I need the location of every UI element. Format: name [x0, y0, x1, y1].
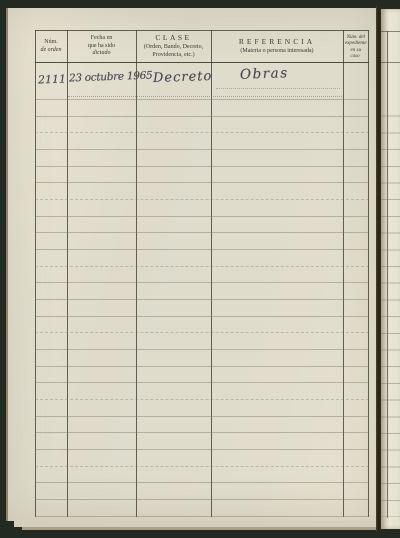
- table-row: [35, 233, 369, 250]
- header-clase: CLASE (Orden, Bando, Decreto, Providenci…: [136, 31, 211, 62]
- table-row: [35, 433, 369, 450]
- table-row: [35, 250, 369, 267]
- header-expediente: Núm. del expediente en su caso: [343, 31, 368, 62]
- header-line: dictado: [93, 50, 111, 58]
- entry-referencia: Obras: [240, 65, 289, 83]
- header-line: Núm. del: [346, 34, 364, 40]
- table-row: [35, 200, 369, 217]
- table-row: [35, 417, 369, 434]
- table-row: [35, 150, 369, 167]
- table-row: [35, 217, 369, 234]
- table-row: [35, 450, 369, 467]
- ruled-rows: [35, 99, 369, 517]
- entry-clase: Decreto: [153, 69, 213, 86]
- table-row: [35, 367, 369, 384]
- next-page-header-line: [381, 62, 400, 63]
- header-line: caso: [351, 53, 360, 59]
- table-row: [35, 500, 369, 517]
- entry-num-orden: 2111: [38, 73, 66, 87]
- header-line: expediente: [345, 40, 367, 46]
- ledger-page: Núm. de orden Fecha en que ha sido dicta…: [8, 8, 379, 521]
- table-row: [35, 167, 369, 184]
- table-row: [35, 383, 369, 400]
- table-row: [35, 333, 369, 350]
- table-row: [35, 300, 369, 317]
- header-num-orden: Núm. de orden: [35, 31, 67, 62]
- next-page-ruled-lines: [381, 100, 400, 517]
- header-line: Fecha en: [91, 35, 113, 43]
- next-page-edge: [381, 9, 400, 529]
- header-line: que ha sido: [88, 43, 115, 51]
- table-row: [35, 117, 369, 134]
- table-row: [35, 267, 369, 284]
- header-fecha: Fecha en que ha sido dictado: [67, 31, 136, 62]
- header-line: Providencia, etc.): [152, 52, 194, 60]
- page-stack-edge: [22, 527, 376, 530]
- table-row: [35, 133, 369, 150]
- next-page-table-top: [381, 31, 400, 32]
- table-row: [35, 483, 369, 500]
- header-line: en su: [350, 47, 361, 53]
- header-line: de orden: [41, 47, 62, 55]
- table-row: [35, 183, 369, 200]
- header-line: (Materia o persona interesada): [240, 48, 313, 56]
- header-title: CLASE: [155, 33, 191, 43]
- header-referencia: REFERENCIA (Materia o persona interesada…: [211, 31, 343, 62]
- header-bottom-border: [35, 62, 369, 63]
- entry-baseline: [68, 82, 342, 97]
- header-line: (Orden, Bando, Decreto,: [144, 44, 203, 52]
- table-row: [35, 467, 369, 484]
- header-title: REFERENCIA: [239, 37, 315, 47]
- table-row: [35, 350, 369, 367]
- header-line: Núm.: [44, 39, 58, 47]
- table-row: [35, 283, 369, 300]
- table-row: [35, 317, 369, 334]
- table-row: [35, 100, 369, 117]
- table-row: [35, 400, 369, 417]
